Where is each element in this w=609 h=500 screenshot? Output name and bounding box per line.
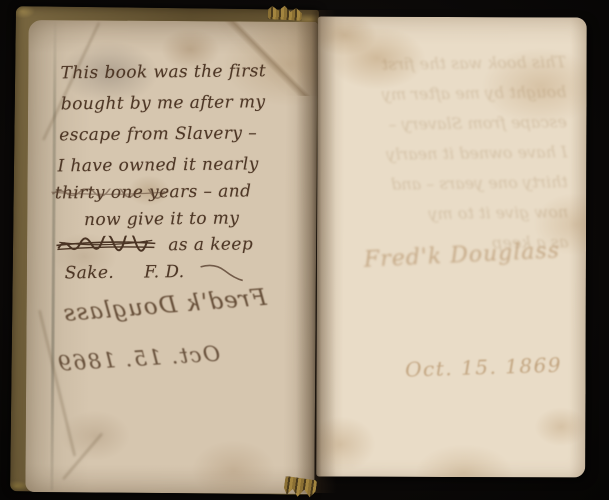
page-crease bbox=[62, 433, 102, 480]
struck-through-marks bbox=[51, 188, 169, 199]
offset-line: I have owned it nearly bbox=[321, 137, 567, 170]
ink-offset-inscription-mirrored: This book was the first bought by me aft… bbox=[320, 47, 569, 260]
offset-line: thirty one years – and bbox=[322, 167, 568, 200]
faint-date: Oct. 15. 1869 bbox=[378, 352, 589, 383]
offset-line: escape from Slavery – bbox=[321, 107, 567, 140]
handwritten-inscription: This book was the first bought by me aft… bbox=[60, 56, 304, 290]
inscription-line: bought by me after my bbox=[61, 87, 303, 121]
inscription-text: Sake. bbox=[65, 263, 115, 284]
offset-line: now give it to my bbox=[322, 197, 568, 230]
ink-offset-date-mirrored: Oct. 15. 1869 bbox=[32, 340, 245, 377]
page-crease bbox=[39, 310, 76, 456]
spine-headband-top bbox=[268, 4, 303, 21]
author-initials: F. D. bbox=[144, 262, 185, 282]
photo-background: This book was the first bought by me aft… bbox=[0, 0, 609, 500]
offset-line: bought by me after my bbox=[320, 77, 566, 110]
inscription-line: This book was the first bbox=[60, 56, 302, 90]
offset-line: This book was the first bbox=[320, 47, 566, 80]
inscription-text: as a keep bbox=[168, 234, 253, 255]
crossed-out-word bbox=[56, 235, 156, 254]
right-page: This book was the first bought by me aft… bbox=[316, 17, 587, 478]
inscription-line: escape from Slavery – bbox=[59, 118, 303, 152]
ink-offset-signature-mirrored: Fred'k Douglass bbox=[48, 284, 281, 329]
left-page: This book was the first bought by me aft… bbox=[25, 20, 317, 494]
pen-flourish bbox=[198, 260, 244, 284]
